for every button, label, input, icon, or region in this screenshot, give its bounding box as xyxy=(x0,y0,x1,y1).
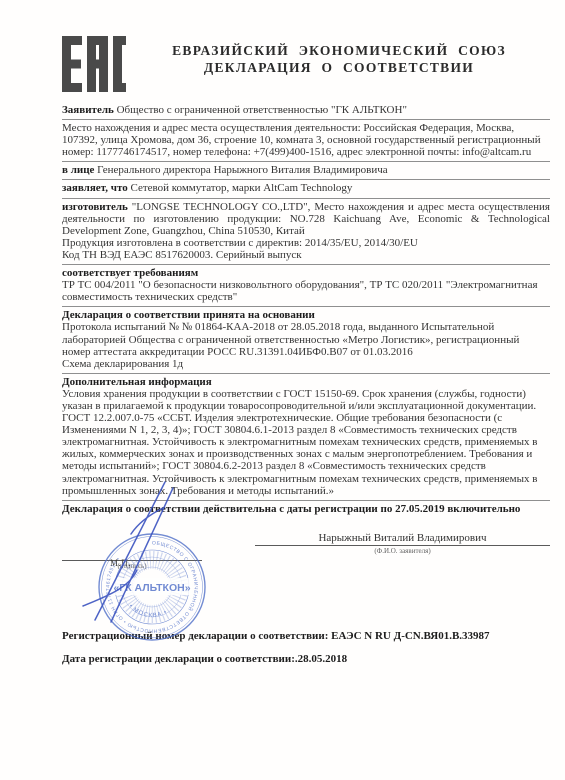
signature-ink xyxy=(73,474,193,626)
scheme-line: Схема декларирования 1д xyxy=(62,358,550,370)
manufacturer-paragraph: изготовитель "LONGSE TECHNOLOGY CO.,LTD"… xyxy=(62,201,550,237)
eac-logo-icon xyxy=(62,34,128,99)
additional-heading: Дополнительная информация xyxy=(62,376,550,388)
document-title-block: ЕВРАЗИЙСКИЙ ЭКОНОМИЧЕСКИЙ СОЮЗ ДЕКЛАРАЦИ… xyxy=(128,34,550,76)
name-caption: (Ф.И.О. заявителя) xyxy=(255,547,550,555)
eac-mark-icon xyxy=(62,36,126,94)
name-line xyxy=(255,545,550,546)
declares-value: Сетевой коммутатор, марки AltCam Technol… xyxy=(130,182,352,194)
basis-text: Протокола испытаний № № 01864-КАА-2018 о… xyxy=(62,321,550,357)
document-header: ЕВРАЗИЙСКИЙ ЭКОНОМИЧЕСКИЙ СОЮЗ ДЕКЛАРАЦИ… xyxy=(62,34,550,94)
applicant-full-name: Нарыжный Виталий Владимирович xyxy=(255,532,550,545)
signature-right: Нарыжный Виталий Владимирович (Ф.И.О. за… xyxy=(255,532,550,570)
in-person-row: в лице Генерального директора Нарыжного … xyxy=(62,162,550,180)
complies-heading: соответствует требованиям xyxy=(62,267,550,279)
manufacturer-value: "LONGSE TECHNOLOGY CO.,LTD", Место нахож… xyxy=(62,201,550,237)
declaration-title: ДЕКЛАРАЦИЯ О СООТВЕТСТВИИ xyxy=(128,59,550,76)
declares-row: заявляет, что Сетевой коммутатор, марки … xyxy=(62,180,550,198)
union-title: ЕВРАЗИЙСКИЙ ЭКОНОМИЧЕСКИЙ СОЮЗ xyxy=(128,42,550,59)
directives-line: Продукция изготовлена в соответствии с д… xyxy=(62,237,550,249)
manufacturer-row: изготовитель "LONGSE TECHNOLOGY CO.,LTD"… xyxy=(62,199,550,265)
address-row: Место нахождения и адрес места осуществл… xyxy=(62,120,550,162)
complies-row: соответствует требованиям ТР ТС 004/2011… xyxy=(62,265,550,307)
in-person-value: Генерального директора Нарыжного Виталия… xyxy=(97,164,387,176)
complies-text: ТР ТС 004/2011 "О безопасности низковоль… xyxy=(62,279,550,303)
applicant-value: Общество с ограниченной ответственностью… xyxy=(117,104,407,116)
tnved-line: Код ТН ВЭД ЕАЭС 8517620003. Серийный вып… xyxy=(62,249,550,261)
applicant-row: Заявитель Общество с ограниченной ответс… xyxy=(62,102,550,120)
in-person-label: в лице xyxy=(62,164,94,176)
basis-heading: Декларация о соответствии принята на осн… xyxy=(62,309,550,321)
manufacturer-label: изготовитель xyxy=(62,201,128,213)
declares-label: заявляет, что xyxy=(62,182,128,194)
applicant-label: Заявитель xyxy=(62,104,114,116)
registration-date-line: Дата регистрации декларации о соответств… xyxy=(62,653,550,665)
signature-gap xyxy=(202,532,255,570)
declaration-document: ЕВРАЗИЙСКИЙ ЭКОНОМИЧЕСКИЙ СОЮЗ ДЕКЛАРАЦИ… xyxy=(0,0,565,780)
address-text: Место нахождения и адрес места осуществл… xyxy=(62,122,541,158)
basis-row: Декларация о соответствии принята на осн… xyxy=(62,307,550,373)
